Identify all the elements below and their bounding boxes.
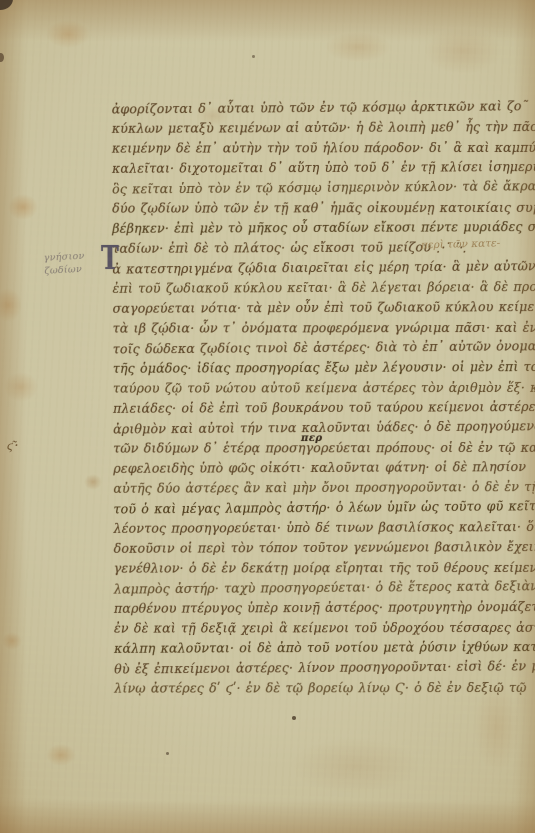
text-line: πλειάδες· οἱ δὲ ἐπὶ τοῦ βουκράνου τοῦ τα… [113,397,515,419]
text-block: ἀφορίζονται δ᾽ αὗται ὑπὸ τῶν ἐν τῷ κόσμῳ… [112,97,517,699]
text-line: τοῖς δώδεκα ζῳδίοις τινοὶ δὲ ἀστέρες· δι… [113,336,515,359]
text-line: δοκοῦσιν οἱ περὶ τὸν τόπον τοῦτον γεννώμ… [114,537,516,559]
text-line: λίνῳ ἀστέρες δʹ ϛʹ· ἐν δὲ τῷ βορείῳ λίνῳ… [114,678,516,699]
text-line: γενέθλιον· ὁ δὲ ἐν δεκάτῃ μοίρᾳ εἴρηται … [114,558,516,579]
parchment-stain [46,20,90,48]
parchment-stain [2,632,22,650]
parchment-stain [325,32,391,62]
page-edge-nick [0,53,4,62]
quire-sign: ϛ͂· [7,438,20,455]
text-line: ὃς κεῖται ὑπὸ τὸν ἐν τῷ κόσμῳ ἰσημερινὸν… [112,176,514,199]
text-line: ρεφελοειδὴς ὑπὸ φῶς οἰκότι· καλοῦνται φά… [113,457,515,479]
text-line: ἐπὶ τοῦ ζωδιακοῦ κύκλου κεῖται· ἃ δὲ λέγ… [112,277,514,299]
parchment-stain [84,474,102,490]
rubric-heading: περὶ τῶν κατε- [421,237,531,252]
text-line: τὰ ιβ ζῴδια· ὧν τ᾽ ὀνόματα προφερόμενα γ… [113,318,515,339]
text-line: αὐτῆς δύο ἀστέρες ἂν καὶ μὴν ὄνοι προσηγ… [113,477,515,499]
ink-speck [252,55,255,58]
parchment-stain [46,744,76,766]
text-line: κάλπη καλοῦνται· οἱ δὲ ἀπὸ τοῦ νοτίου με… [114,637,516,659]
text-line: ἐν δὲ καὶ τῇ δεξιᾷ χειρὶ ἃ κείμενοι τοῦ … [114,618,516,639]
parchment-stain [4,372,38,402]
text-line: λέοντος προσηγορεύεται· ὑπὸ δέ τινων βασ… [114,517,516,539]
text-line: ἀφορίζονται δ᾽ αὗται ὑπὸ τῶν ἐν τῷ κόσμῳ… [112,96,514,119]
parchment-stain [290,738,420,794]
text-line: τοῦ ὁ καὶ μέγας λαμπρὸς ἀστήρ· ὁ λέων ὑμ… [113,496,515,519]
text-line: δύο ζῳδίων ὑπὸ τῶν ἐν τῇ καθ᾽ ἡμᾶς οἰκου… [112,198,514,219]
text-line: βέβηκεν· ἐπὶ μὲν τὸ μῆκος οὗ σταδίων εἴκ… [112,217,514,239]
text-line: κειμένην δὲ ἐπ᾽ αὐτὴν τὴν τοῦ ἡλίου πάρο… [112,138,514,159]
page-corner-shadow [0,0,13,10]
text-line: ταύρου ζῷ τοῦ νώτου αὐτοῦ κείμενα ἀστέρε… [113,378,515,399]
text-line: λαμπρὸς ἀστήρ· ταχὺ προσηγορεύεται· ὁ δὲ… [114,576,516,599]
text-line: καλεῖται· διχοτομεῖται δ᾽ αὕτη ὑπὸ τοῦ δ… [112,157,514,179]
manuscript-page: ἀφορίζονται δ᾽ αὗται ὑπὸ τῶν ἐν τῷ κόσμῳ… [0,0,535,833]
text-line: σαγορεύεται νότια· τὰ μὲν οὖν ἐπὶ τοῦ ζω… [113,297,515,319]
margin-cross-sign: T [101,238,119,277]
text-line: κύκλων μεταξὺ κειμένων αἱ αὐτῶν· ἡ δὲ λο… [112,117,514,139]
text-line: ἀ κατεστηριγμένα ζῴδια διαιρεῖται εἰς μέ… [112,256,514,279]
text-line: θὺ ἐξ ἐπικείμενοι ἀστέρες· λίνον προσηγο… [114,656,516,679]
parchment-stain [8,194,38,220]
ink-speck [166,752,169,755]
text-line: τῆς ὁμάδος· ἰδίας προσηγορίας ἔξω μὲν λέ… [113,357,515,379]
parchment-stain [0,288,22,322]
interlinear-correction: περ [301,433,323,444]
parchment-stain [424,28,502,74]
ink-speck [292,716,296,720]
text-line: παρθένου πτέρυγος ὑπὲρ κοινῇ ἀστέρος· πρ… [114,597,516,619]
